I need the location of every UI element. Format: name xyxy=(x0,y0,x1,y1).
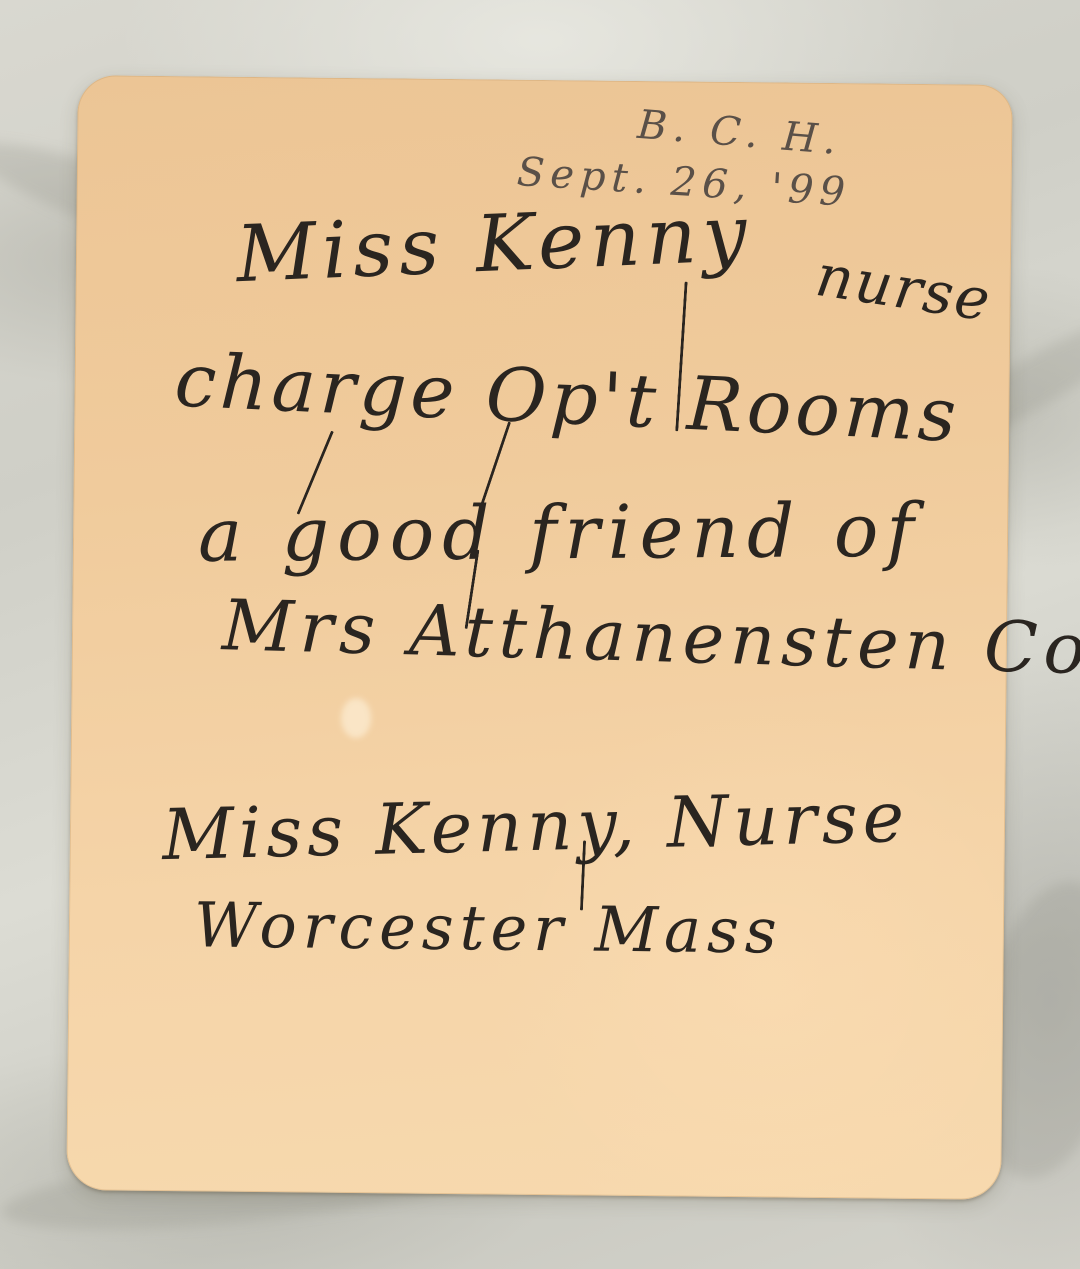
handwritten-line-friend: a good friend of xyxy=(198,488,922,579)
note-card: B. C. H. Sept. 26, '99 Miss Kenny nurse … xyxy=(66,75,1013,1200)
paper-stain xyxy=(341,698,371,738)
handwritten-line-name: Miss Kenny xyxy=(234,189,754,301)
handwritten-line-address: Worcester Mass xyxy=(194,888,783,967)
handwritten-line-name-2: Miss Kenny, Nurse xyxy=(161,776,910,876)
handwritten-line-charge: charge Op't Rooms xyxy=(173,337,962,459)
header-initials: B. C. H. xyxy=(636,102,844,164)
handwritten-line-role: nurse xyxy=(812,241,997,335)
handwritten-line-mrs: Mrs Atthanensten Co xyxy=(221,584,1080,690)
